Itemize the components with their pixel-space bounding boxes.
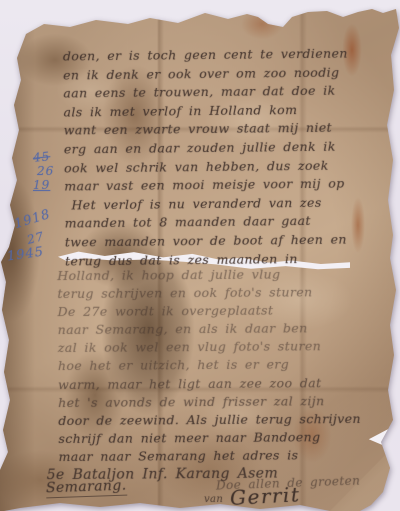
signature: Gerrit [229,482,301,510]
margin-note-underlined: 19 [33,178,50,192]
handwriting-line: hoe het er uitzich, het is er erg [58,355,361,375]
handwriting-line: maar naar Semarang het adres is [59,446,362,466]
handwriting-line: naar Semarang, en als ik daar ben [58,319,361,339]
margin-note-year: 1945 [6,244,45,264]
margin-note: 26 [37,164,54,178]
margin-note-crossed: 45 [32,149,51,165]
edge-tear-notch [366,426,394,450]
paper-shadow: doen, er is toch geen cent te verdienen … [0,0,400,511]
handwriting-line: De 27e wordt ik overgeplaatst [57,301,360,321]
closing-place-underlined: Semarang. [46,478,127,499]
handwriting-block-top: doen, er is toch geen cent te verdienen … [63,45,350,271]
handwriting-line: zal ik ook wel een vlug foto's sturen [58,337,361,357]
letter-paper: doen, er is toch geen cent te verdienen … [0,0,400,511]
handwriting-line: terug schrijven en ook foto's sturen [57,283,360,303]
margin-note-year: 1918 [13,207,53,232]
handwriting-line: Holland, ik hoop dat jullie vlug [57,265,360,285]
handwriting-line: schrijf dan niet meer naar Bandoeng [58,428,361,448]
closing-van: van [204,494,223,505]
handwriting-line: het 's avonds de wind frisser zal zijn [58,392,361,412]
handwriting-line: door de zeewind. Als jullie terug schrij… [58,410,361,430]
scan-background: doen, er is toch geen cent te verdienen … [0,0,400,511]
handwriting-block-bottom: Holland, ik hoop dat jullie vlug terug s… [57,265,361,484]
handwriting-line: warm, maar het ligt aan zee zoo dat [58,374,361,394]
